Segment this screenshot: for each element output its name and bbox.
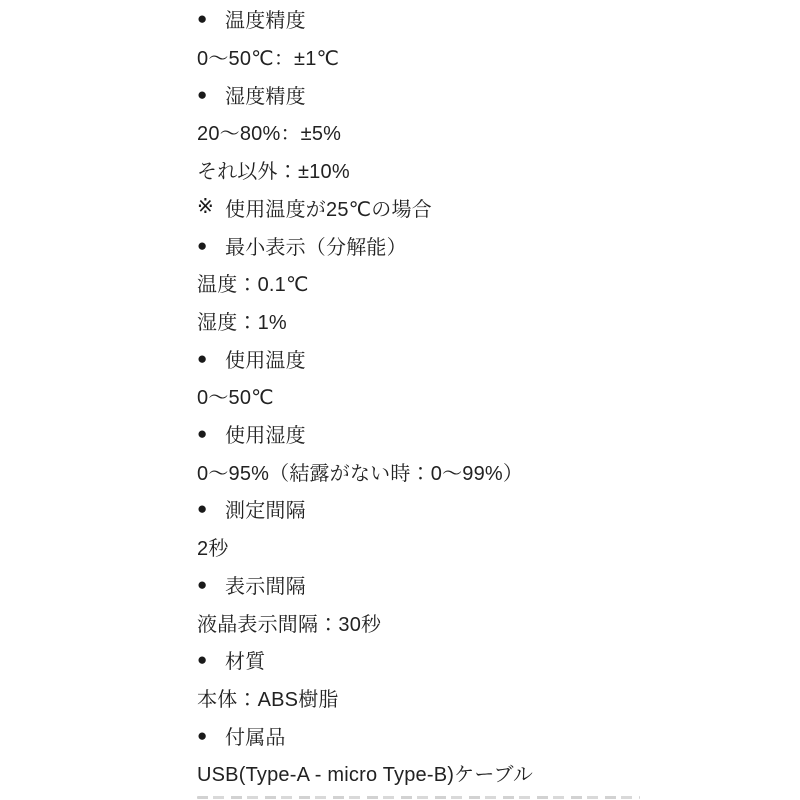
spec-line-text: 測定間隔 xyxy=(225,494,306,523)
bullet-icon: ● xyxy=(197,10,225,27)
spec-line-text: 使用温度 xyxy=(225,344,306,373)
spec-line-text: 0～50℃：±1℃ xyxy=(197,42,339,71)
spec-line-text: 本体：ABS樹脂 xyxy=(197,683,339,712)
spec-line-text: 0～50℃ xyxy=(197,381,274,410)
bullet-icon: ● xyxy=(197,350,225,367)
spec-line-plain: USB(Type-A - micro Type-B)ケーブル xyxy=(197,754,757,792)
bullet-icon: ● xyxy=(197,500,225,517)
spec-line-bullet: ● 温度精度 xyxy=(197,0,757,38)
bullet-icon: ● xyxy=(197,86,225,103)
spec-line-plain: 2秒 xyxy=(197,528,757,566)
bullet-icon: ● xyxy=(197,425,225,442)
spec-line-plain: 0～50℃ xyxy=(197,377,757,415)
bullet-icon: ● xyxy=(197,237,225,254)
spec-line-plain: 液晶表示間隔：30秒 xyxy=(197,603,757,641)
spec-line-plain: 0～50℃：±1℃ xyxy=(197,38,757,76)
spec-line-plain: それ以外：±10% xyxy=(197,151,757,189)
spec-line-plain: 20～80%：±5% xyxy=(197,113,757,151)
spec-line-text: 2秒 xyxy=(197,532,229,561)
bullet-icon: ● xyxy=(197,727,225,744)
spec-line-text: 最小表示（分解能） xyxy=(225,231,407,260)
spec-line-text: 使用湿度 xyxy=(225,419,306,448)
spec-line-bullet: ● 湿度精度 xyxy=(197,75,757,113)
spec-line-plain: 本体：ABS樹脂 xyxy=(197,679,757,717)
cutoff-text-sliver xyxy=(197,796,640,799)
spec-line-text: 表示間隔 xyxy=(225,570,306,599)
spec-line-text: 使用温度が25℃の場合 xyxy=(225,193,432,222)
spec-line-text: 温度：0.1℃ xyxy=(197,268,309,297)
spec-line-bullet: ● 使用温度 xyxy=(197,339,757,377)
spec-line-bullet: ● 付属品 xyxy=(197,716,757,754)
spec-line-plain: 0～95%（結露がない時：0～99%） xyxy=(197,452,757,490)
spec-line-text: 温度精度 xyxy=(225,4,306,33)
bullet-icon: ● xyxy=(197,576,225,593)
spec-line-text: USB(Type-A - micro Type-B)ケーブル xyxy=(197,758,533,787)
note-icon: ※ xyxy=(197,197,225,217)
spec-line-bullet: ● 使用湿度 xyxy=(197,415,757,453)
spec-line-bullet: ● 最小表示（分解能） xyxy=(197,226,757,264)
spec-line-text: 湿度精度 xyxy=(225,80,306,109)
spec-line-text: 湿度：1% xyxy=(197,306,287,335)
spec-line-plain: 湿度：1% xyxy=(197,302,757,340)
product-spec-section: ● 温度精度 0～50℃：±1℃ ● 湿度精度 20～80%：±5% それ以外：… xyxy=(197,0,757,792)
spec-line-text: 材質 xyxy=(225,645,265,674)
spec-line-text: 20～80%：±5% xyxy=(197,117,341,146)
spec-line-bullet: ● 測定間隔 xyxy=(197,490,757,528)
spec-line-text: 0～95%（結露がない時：0～99%） xyxy=(197,457,523,486)
spec-line-text: 付属品 xyxy=(225,721,286,750)
spec-line-text: それ以外：±10% xyxy=(197,155,350,184)
spec-line-bullet: ● 表示間隔 xyxy=(197,566,757,604)
bullet-icon: ● xyxy=(197,651,225,668)
spec-line-note: ※ 使用温度が25℃の場合 xyxy=(197,189,757,227)
spec-line-bullet: ● 材質 xyxy=(197,641,757,679)
spec-line-plain: 温度：0.1℃ xyxy=(197,264,757,302)
spec-line-text: 液晶表示間隔：30秒 xyxy=(197,608,381,637)
